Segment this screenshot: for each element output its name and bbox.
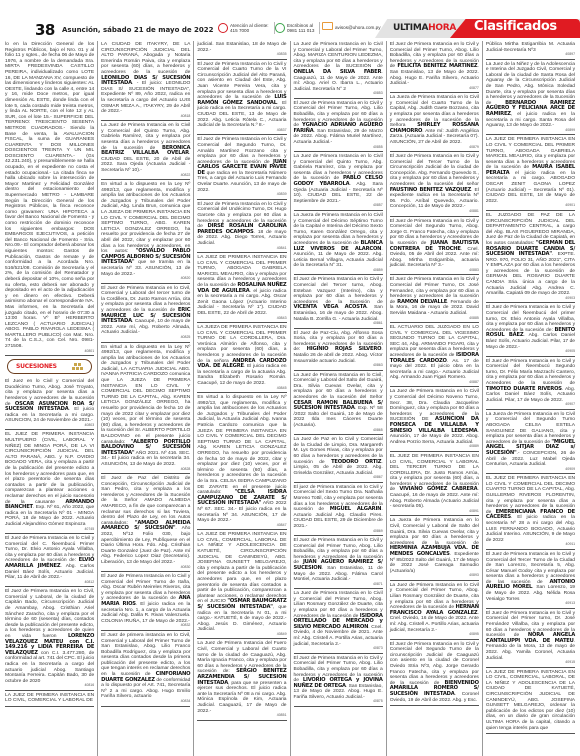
notice-heading: VICENTA VEGA ACOSTA: [294, 304, 367, 310]
notice-text-end: que radica en la Secretaría Número Tres,…: [197, 171, 286, 193]
notice-code: 40845: [197, 387, 286, 391]
notice-code: 40841: [197, 247, 286, 251]
notice-text-end: , para que se presenten a ejercer sus de…: [197, 681, 286, 714]
classified-notice: La Jueza de Primera Instancia en lo Civi…: [294, 212, 383, 275]
contact-email: avisos@uhora.com.py: [322, 22, 381, 30]
family-tree-icon: [72, 363, 83, 370]
notice-text: LA JUEZ DE PRIMERA INSTANCIA EN LO CIVIL…: [486, 670, 575, 731]
classified-notice: El Juez de Primera Instancia en lo Civil…: [197, 201, 286, 253]
notice-code: 40839: [197, 193, 286, 197]
classified-notice: En virtud a lo dispuesto en la Ley Nº 49…: [101, 181, 190, 284]
notice-code: 40828: [101, 468, 190, 472]
notice-code: 40835: [197, 53, 286, 57]
classified-notice: judicial. San Estanislao, 18 de Mayo de …: [197, 41, 286, 60]
classifieds-columns: lo en la Dirección General de los Regist…: [2, 41, 578, 756]
mail-icon: [322, 22, 333, 30]
notice-code: 40873: [294, 647, 383, 651]
notice-text: El Juez de Paz del Distrito de Concepció…: [101, 476, 190, 526]
notice-code: 40869: [294, 530, 383, 534]
notice-code: 40899: [486, 129, 575, 133]
notice-code: 40849: [197, 633, 286, 637]
classified-notice: EL ACTUARIO DEL JUZGADO EN LO CIVIL Y CO…: [390, 324, 479, 387]
notice-text: LA JUEZ DE PRIMERA INSTANCIA EN LO CIVIL…: [197, 532, 286, 604]
notice-text: LA JUEZ DE PRIMERA INSTANCIA EN LO CIVIL…: [5, 693, 94, 704]
notice-code: 40832: [101, 624, 190, 628]
notice-code: 40859: [294, 269, 383, 273]
notice-code: 40907: [486, 403, 575, 407]
notice-heading: FELICITA BENITEZ MARTINEZ: [397, 63, 477, 69]
classified-notice: LA JUEZA DE PRIMERA INSTANCIA EN LO CIVI…: [197, 324, 286, 393]
notice-code: 40861: [294, 322, 383, 326]
notice-code: 40822: [101, 174, 190, 178]
classified-notice: El Juez de Primera Instancia en lo Civil…: [5, 535, 94, 587]
notice-code: 40855: [294, 146, 383, 150]
column-2: LA CIUDAD DE ITAKYRY, DE LA CIRCUNSCRIPC…: [97, 41, 193, 756]
divider: [319, 22, 320, 34]
classified-notice: El Juez de Primera Instancia en lo Civil…: [197, 136, 286, 199]
notice-code: 40853: [294, 92, 383, 96]
notice-code: 40893: [390, 574, 479, 578]
column-1: lo en la Dirección General de los Regist…: [2, 41, 97, 756]
notice-heading: TIMOTEO DUARTE RIVEROS: [486, 386, 562, 392]
notice-code: 40897: [486, 53, 575, 57]
classified-notice: EL JUZGADO DE PAZ DE LA CIRCUNSCRIPCIÓN …: [486, 212, 575, 303]
notice-heading: HIGINIO ROJAS SILVERO: [307, 346, 382, 352]
classified-notice: lo en la Dirección General de los Regist…: [5, 41, 94, 356]
notice-code: 40867: [294, 476, 383, 480]
classified-notice: El Juez de Primera Instancia en lo Civil…: [486, 304, 575, 356]
notice-code: 40801: [5, 350, 94, 354]
notice-code: 40851: [197, 714, 286, 718]
classified-notice: El Juez de Primera Instancia en lo Civil…: [390, 218, 479, 276]
classified-notice: El juez de Primera Instancia en lo Civil…: [294, 484, 383, 536]
classified-notice: La Jueza de Primera Instancia en lo Civi…: [486, 411, 575, 474]
classified-notice: LA JUEZ DE PRIMERA INSTANCIA EN LO CIVIL…: [486, 136, 575, 211]
notice-code: 40877: [390, 87, 479, 91]
notice-code: 40847: [197, 524, 286, 528]
notice-code: 40816: [5, 684, 94, 688]
classified-notice: El Juez de Primera Instancia en lo Civil…: [294, 100, 383, 152]
notice-text: EL JUEZ DE PRIMERA INSTANCIA MULTIFUERO …: [5, 432, 94, 504]
notice-text-end: el juicio radica en la secretaría a mi c…: [486, 171, 575, 204]
notice-code: 40820: [101, 277, 190, 281]
notice-code: 40881: [390, 210, 479, 214]
sucesiones-label: SUCESIONES: [16, 364, 57, 370]
notice-text: En virtud a lo dispuesto en la Ley Nº 49…: [197, 395, 286, 495]
notice-text-end: . EXPTE. NRO. 970, FOLIO 31, AÑO 2021", …: [486, 252, 575, 296]
classified-notice: El Juez de Primera Instancia en lo Civil…: [486, 358, 575, 410]
classified-notice: LA JUEZ DE PRIMERA INSTANCIA EN LO CIVIL…: [197, 531, 286, 639]
contact-whatsapp: Escribinos al 0981 111 013: [275, 22, 320, 34]
notice-code: 40875: [294, 700, 383, 704]
sucesiones-banner: SUCESIONES: [7, 359, 92, 374]
classified-notice: El Juez de Primera Instancia en lo Civil…: [294, 537, 383, 589]
notice-code: 40865: [294, 429, 383, 433]
notice-text: El Juez de Primera Instancia en lo Civil…: [294, 277, 383, 304]
notice-heading: ONELIA DA SILVA FABER: [294, 69, 382, 75]
notice-code: 40911: [486, 543, 575, 547]
classified-notice: LA JUEZ DE PRIMERA INSTANCIA EN LO CIVIL…: [197, 254, 286, 323]
column-4: La Juez de Primera Instancia en lo Civil…: [290, 41, 386, 756]
section-title: Clasificados: [474, 19, 557, 34]
notice-code: 40895: [390, 633, 479, 637]
notice-text: En virtud a lo dispuesto en la Ley Nº 49…: [101, 345, 190, 445]
notice-text: La Jueza de Primera Instancia en lo Civi…: [390, 518, 479, 545]
notice-heading: VIVIANO GÓMEZ CABRERA: [399, 486, 477, 492]
notice-text: La Juez de Primera Instancia en lo Civil…: [294, 42, 383, 69]
notice-code: 40901: [486, 204, 575, 208]
notice-heading: MIGUEL ALGARIN: [330, 506, 382, 512]
classified-notice: El Juez de Primera Instancia en lo Civil…: [197, 61, 286, 136]
classified-notice: El Juez de Primera Instancia en lo Civil…: [486, 610, 575, 668]
classified-notice: Pública Mirtha Estigarribia M. Actuaria …: [486, 41, 575, 60]
classified-notice: La Jueza de Primera Instancia en lo Civi…: [390, 517, 479, 580]
notice-code: 40863: [294, 364, 383, 368]
classified-notice: La Juez de Primera Instancia del Fuero C…: [197, 640, 286, 720]
notice-code: 40812: [5, 581, 94, 585]
classified-notice: El Juez de Primera Instancia en lo Civil…: [5, 588, 94, 691]
notice-text: Pública Mirtha Estigarribia M. Actuaria …: [486, 42, 575, 53]
classified-notice: La Juez de Primera Instancia en lo Civil…: [101, 122, 190, 180]
notice-heading: FAUSTINO BENITEZ VAZQUEZ: [390, 187, 471, 193]
classified-notice: En virtud a lo dispuesto en la Ley Nº 49…: [197, 394, 286, 530]
classified-notice: El Juez de Primera Instancia en lo Civil…: [294, 276, 383, 328]
classified-notice: El Juez de Primera Instancia en lo Civil…: [390, 153, 479, 216]
notice-code: 40905: [486, 350, 575, 354]
notice-code: 40745: [5, 528, 94, 532]
classified-notice: La Juez de la Niñez y de la Adolescencia…: [486, 61, 575, 136]
classified-notice: LA JUEZ DE PRIMERA INSTANCIA EN LO CIVIL…: [5, 692, 94, 707]
notice-code: 40837: [197, 129, 286, 133]
notice-code: 40857: [294, 204, 383, 208]
notice-text: El Juez de Primera Instancia en lo Civil…: [5, 589, 94, 639]
contact-phone: Atención al cliente: 415 7000: [218, 22, 275, 34]
notice-text: La Juez de Primera Instancia en lo Civil…: [294, 373, 383, 400]
notice-text: lo en la Dirección General de los Regist…: [5, 42, 94, 349]
classified-notice: El Juez de Paz del Distrito de Concepció…: [101, 475, 190, 572]
email-link[interactable]: avisos@uhora.com.py: [335, 22, 381, 30]
notice-text: judicial. San Estanislao, 18 de Mayo de …: [197, 42, 286, 53]
notice-text: El Juez de Primera Instancia en lo Civil…: [101, 574, 190, 601]
classified-notice: La Juez de Primera Instancia en lo Civil…: [294, 153, 383, 211]
notice-code: 40889: [390, 445, 479, 449]
classified-notice: El Juez de Primera Instancia en lo Civil…: [294, 655, 383, 707]
classified-notice: El Juez de Primera Instancia en lo Civil…: [486, 551, 575, 609]
classified-notice: El Juez de Primera Instancia en lo Civil…: [390, 276, 479, 323]
classified-notice: El Juez en lo Civil y Comercial del Duod…: [5, 378, 94, 430]
notice-code: 40887: [390, 381, 479, 385]
notice-code: 40913: [486, 602, 575, 606]
notice-text: En virtud a lo dispuesto en la Ley Nº 49…: [101, 182, 190, 254]
classified-notice: El Juez de Primera Instancia en lo Civil…: [390, 641, 479, 707]
notice-code: 40843: [197, 317, 286, 321]
notice-code: 40885: [390, 317, 479, 321]
page-date: Asunción, sábado 21 de mayo de 2022: [62, 26, 214, 34]
classified-notice: LA CIUDAD DE ITAKYRY, DE LA CIRCUNSCRIPC…: [101, 41, 190, 121]
classified-notice: En virtud a lo dispuesto en la Ley Nº 49…: [101, 344, 190, 475]
classified-notice: EL JUEZ DE PRIMERA INSTANCIA MULTIFUERO …: [5, 431, 94, 534]
classified-notice: El Juez de Primera Instancia en lo Civil…: [390, 41, 479, 93]
notice-code: 40903: [486, 297, 575, 301]
notice-code: 40891: [390, 510, 479, 514]
page-number: 38: [35, 21, 55, 39]
classified-notice: La Juez de Primera Instancia en lo Civil…: [294, 41, 383, 99]
page-header: 38 Asunción, sábado 21 de mayo de 2022 A…: [0, 0, 580, 38]
classified-notice: La Juez de Paz en lo Civil y Comercial d…: [294, 436, 383, 483]
classified-notice: La Jueza de Primera Instancia en lo Civi…: [390, 94, 479, 152]
notice-code: 40818: [101, 115, 190, 119]
column-6: Pública Mirtha Estigarribia M. Actuaria …: [482, 41, 578, 756]
notice-text: LA CIUDAD DE ITAKYRY, DE LA CIRCUNSCRIPC…: [101, 42, 190, 75]
notice-heading: RAMON DELVALLE: [397, 299, 447, 305]
column-3: judicial. San Estanislao, 18 de Mayo de …: [193, 41, 289, 756]
column-5: El Juez de Primera Instancia en lo Civil…: [386, 41, 482, 756]
notice-code: 40825: [101, 336, 190, 340]
notice-code: 40803: [5, 424, 94, 428]
classified-notice: EL JUEZ DE PRIMERA INSTANCIA EN LO CIVIL…: [390, 453, 479, 516]
whatsapp-icon: [275, 23, 285, 33]
classified-notice: EL JUEZ DE PRIMERA INSTANCIA EN LO CIVIL…: [486, 475, 575, 550]
brand-logo: ULTIMAHORA: [393, 23, 456, 33]
notice-code: 40883: [390, 269, 479, 273]
notice-text-end: . Año 2022, Nº12 Folio 030, bajo apercib…: [101, 526, 190, 565]
classified-notice: La Juez de Primera Instancia en lo Civil…: [390, 388, 479, 451]
notice-heading: TEODORO ORTIZ: [331, 459, 381, 465]
notice-code: 40871: [294, 583, 383, 587]
notice-code: 40879: [390, 146, 479, 150]
notice-text: El Juez de Primera Instancia en lo Civil…: [390, 154, 479, 187]
classified-notice: La Juez de Primera Instancia en lo Civil…: [294, 590, 383, 653]
classified-notice: El Juez de Primera Instancia en lo Civil…: [101, 285, 190, 343]
notice-text-end: con C.I. 3.477.280, de conformidad al ar…: [5, 651, 94, 684]
classified-notice: La Juez de Primera Instancia en lo Civil…: [294, 372, 383, 435]
classified-notice: El Juez de Primera Instancia en lo Civil…: [101, 573, 190, 631]
notice-code: 40834: [101, 700, 190, 704]
notice-text-end: . - El juicio: LEONILDO DIAS S/ SUCESIÓN…: [101, 81, 190, 114]
phone-icon: [218, 23, 228, 33]
notice-code: 40909: [486, 468, 575, 472]
classified-notice: La Juez de Primera Instancia en lo Civil…: [390, 582, 479, 640]
classified-notice: LA JUEZ DE PRIMERA INSTANCIA EN LO CIVIL…: [486, 669, 575, 735]
notice-code: 40830: [101, 566, 190, 570]
classified-notice: El Juez de Paz-Ciu, Abg. Alfonso Sosa So…: [294, 330, 383, 371]
notice-text: El Juez de Primera Instancia en lo Civil…: [486, 359, 575, 386]
classified-notice: El Juez de primera instancia en lo Civil…: [101, 632, 190, 707]
notice-code: 40915: [486, 661, 575, 665]
